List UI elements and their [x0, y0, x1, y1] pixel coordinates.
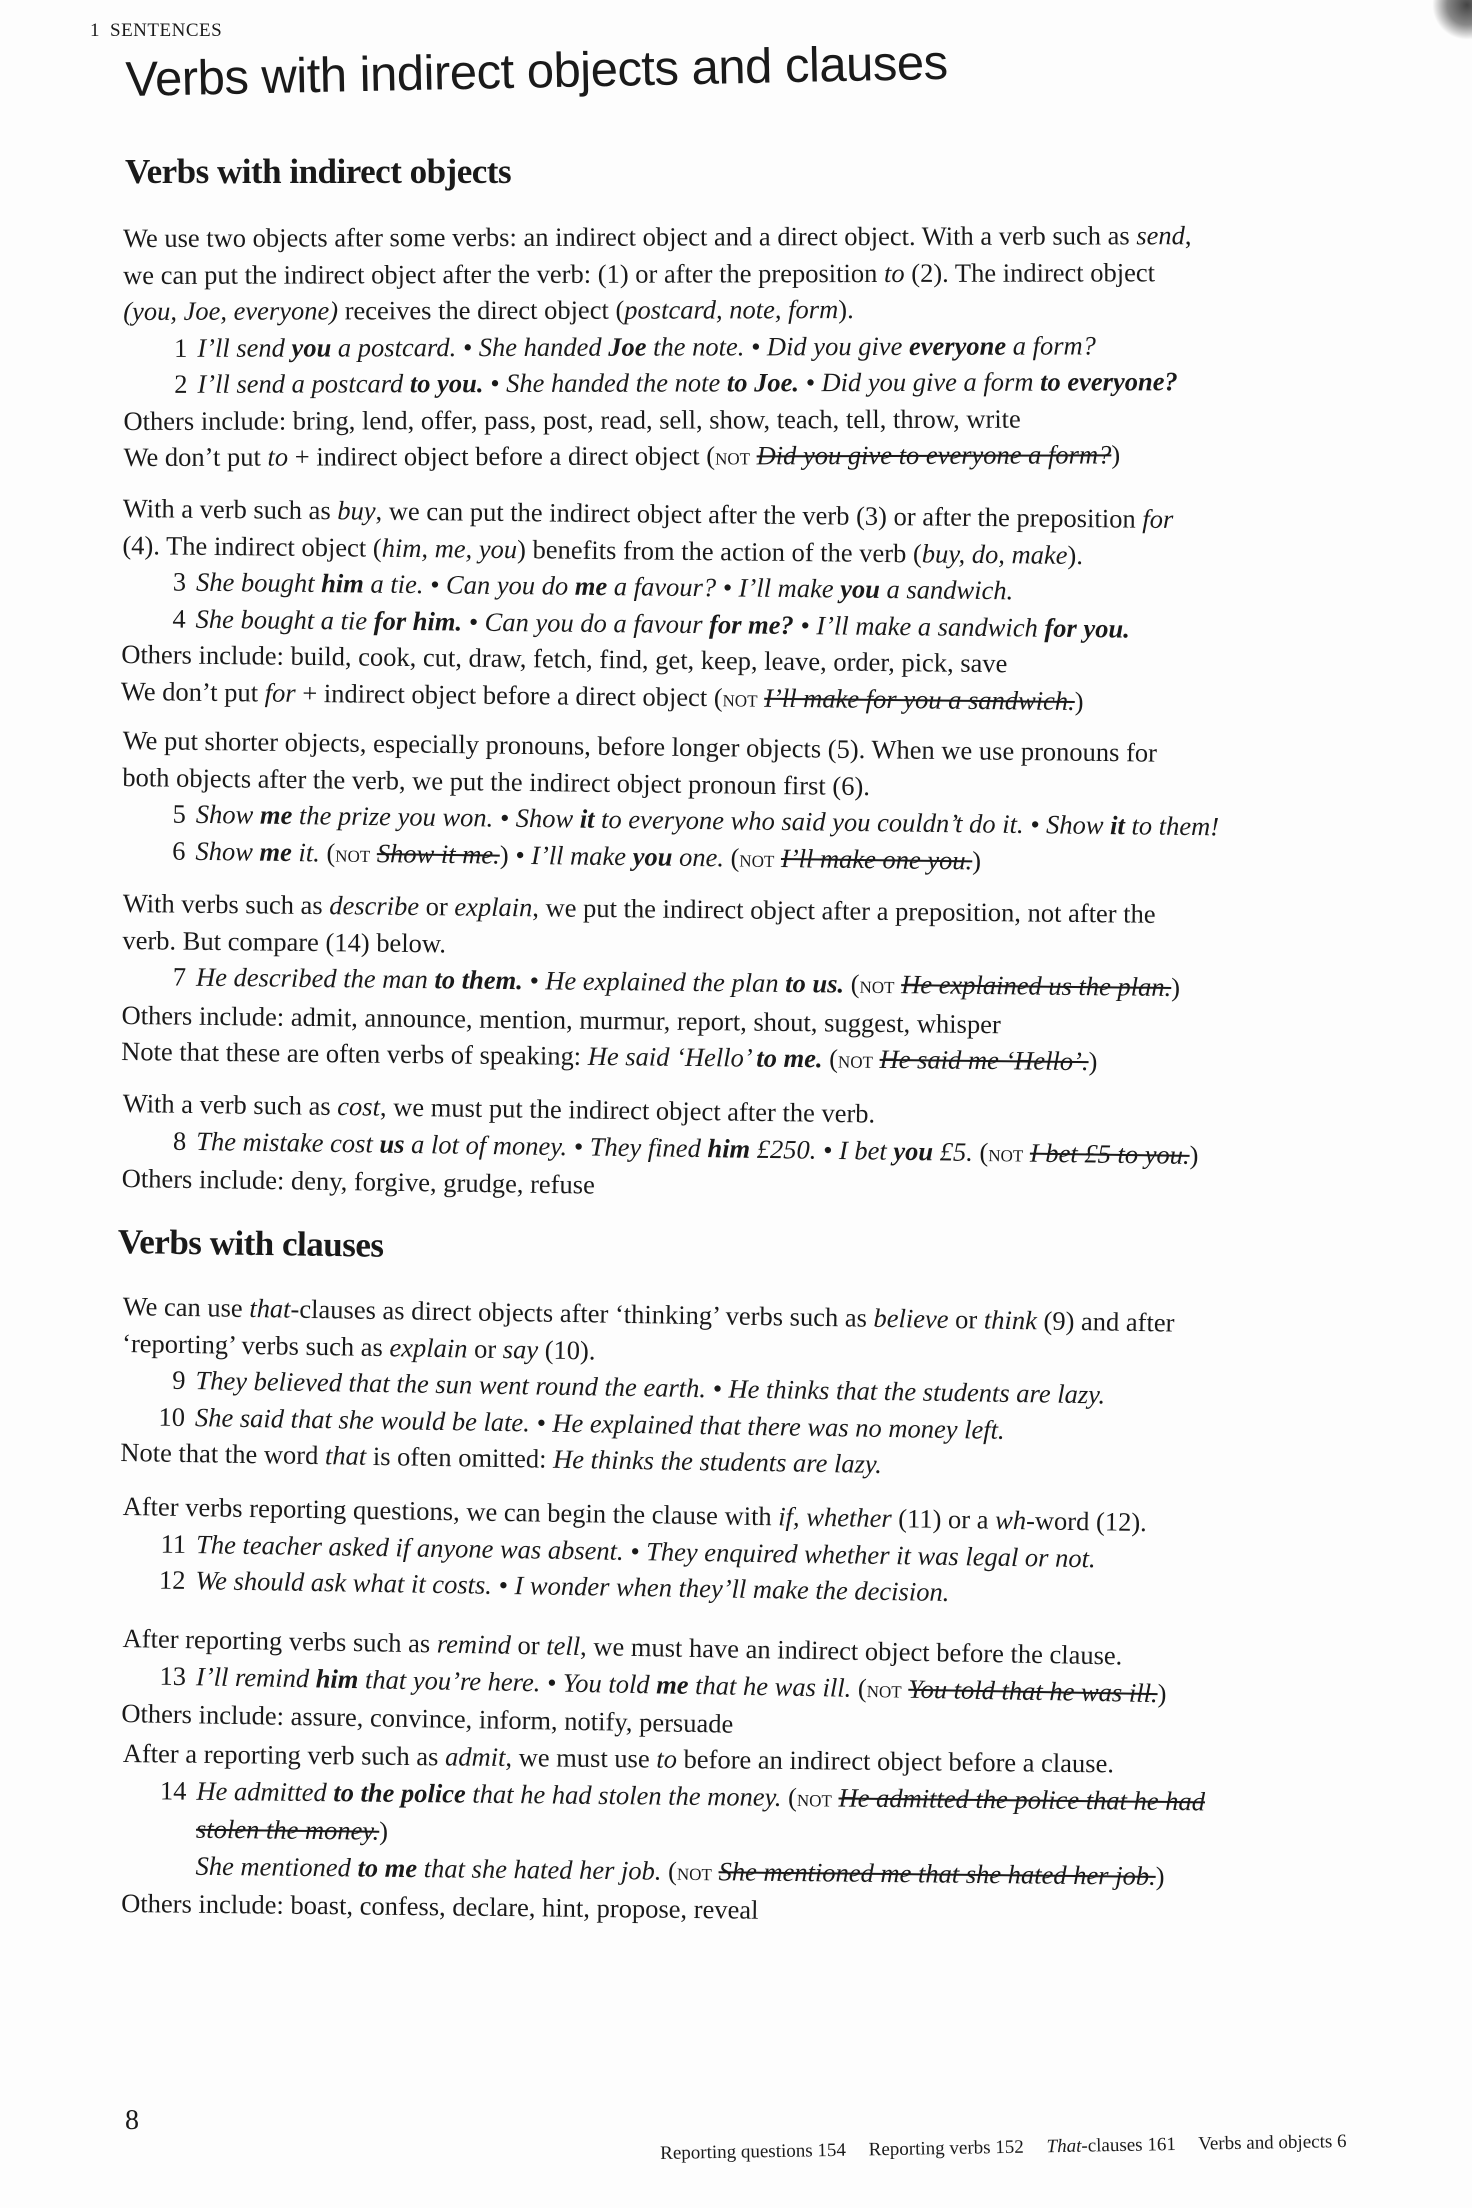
- text-run: everyone: [909, 330, 1006, 360]
- text-run: ): [1111, 439, 1120, 469]
- not-label: not: [866, 1676, 901, 1703]
- text-line: We use two objects after some verbs: an …: [123, 217, 1373, 257]
- footer-ref-label: -clauses 161: [1081, 2134, 1176, 2157]
- incorrect-example: Did you give to everyone a form?: [757, 439, 1112, 470]
- text-run: (2). The indirect object: [905, 257, 1156, 288]
- text-run: you: [633, 841, 673, 871]
- footer-ref-italic: That: [1046, 2136, 1081, 2158]
- text-run: ): [1088, 1046, 1097, 1076]
- text-run: a tie. • Can you do: [364, 569, 575, 601]
- text-run: to them!: [1125, 810, 1220, 841]
- cross-reference-footer: Reporting questions 154 Reporting verbs …: [660, 2131, 1365, 2165]
- text-run: With a verb such as: [123, 1088, 338, 1121]
- text-run: • I’ll make: [508, 839, 632, 871]
- text-run: it: [580, 804, 595, 834]
- text-run: Others include: deny, forgive, grudge, r…: [121, 1163, 595, 1200]
- text-run: ).: [838, 294, 854, 324]
- text-run: cost: [337, 1091, 380, 1122]
- text-run: He admitted: [196, 1775, 333, 1806]
- text-run: , we put the indirect object after a pre…: [532, 892, 1156, 929]
- text-run: that she hated her job.: [417, 1853, 668, 1886]
- page-title: Verbs with indirect objects and clauses: [125, 35, 948, 108]
- example-number: 1: [159, 329, 187, 366]
- text-run: a lot of money. • They fined: [404, 1128, 707, 1162]
- text-run: (4). The indirect object (: [122, 529, 382, 562]
- example-number: 3: [158, 563, 186, 600]
- text-run: ): [1157, 1678, 1166, 1708]
- text-line: We don’t put to + indirect object before…: [124, 436, 1374, 478]
- text-run: £250. • I bet: [750, 1133, 894, 1165]
- text-run: He thinks the students are lazy.: [553, 1444, 882, 1479]
- textbook-page: 1SENTENCES Verbs with indirect objects a…: [0, 0, 1472, 2208]
- text-run: to: [656, 1744, 677, 1774]
- text-run: for me?: [709, 609, 794, 640]
- text-run: one.: [672, 841, 731, 872]
- text-line: we can put the indirect object after the…: [123, 253, 1373, 293]
- incorrect-example: You told that he was ill.: [908, 1673, 1158, 1707]
- text-run: ): [1189, 1139, 1198, 1169]
- text-run: (: [326, 837, 335, 867]
- text-run: + indirect object before a direct object…: [296, 677, 723, 711]
- incorrect-example: He explained us the plan.: [901, 969, 1171, 1002]
- text-run: to me.: [756, 1043, 823, 1074]
- text-run: him: [707, 1133, 750, 1164]
- not-label: not: [715, 444, 750, 470]
- text-run: Others include: bring, lend, offer, pass…: [123, 403, 1020, 435]
- text-run: • Can you do a favour: [462, 606, 709, 639]
- text-run: you: [840, 574, 880, 604]
- text-run: We can use: [122, 1291, 249, 1323]
- text-run: admit: [445, 1741, 506, 1772]
- text-run: We should ask what it costs. • I wonder …: [195, 1565, 949, 1607]
- text-run: After a reporting verb such as: [123, 1738, 446, 1771]
- text-run: , we must put the indirect object after …: [380, 1092, 876, 1129]
- page-number: 8: [125, 2105, 139, 2137]
- text-run: ‘reporting’ verbs such as: [122, 1327, 390, 1361]
- text-run: describe: [329, 890, 419, 921]
- not-label: not: [797, 1786, 832, 1812]
- text-run: say: [503, 1333, 539, 1364]
- text-run: that: [249, 1293, 291, 1324]
- example-line: 1I’ll send you a postcard. • She handed …: [123, 326, 1373, 366]
- text-run: He described the man: [196, 962, 435, 994]
- text-run: ): [379, 1816, 388, 1846]
- footer-ref-that-clauses[interactable]: That-clauses 161: [1046, 2134, 1176, 2157]
- page-corner-shadow: [1432, 0, 1472, 40]
- not-label: not: [988, 1141, 1023, 1167]
- text-run: or: [511, 1630, 547, 1661]
- example-line: 2I’ll send a postcard to you. • She hand…: [123, 363, 1373, 403]
- example-number: 9: [157, 1362, 186, 1399]
- text-run: She mentioned: [195, 1850, 357, 1882]
- text-run: a postcard. • She handed: [331, 331, 608, 362]
- text-run: to everyone who said you couldn’t do it.…: [594, 804, 1110, 840]
- text-run: ,: [1185, 220, 1192, 250]
- text-run: , we must have an indirect object before…: [580, 1631, 1123, 1670]
- text-run: ): [1075, 685, 1084, 715]
- text-run: + indirect object before a direct object…: [288, 440, 715, 471]
- text-run: that you’re here. • You told: [358, 1664, 656, 1699]
- example-number: 2: [159, 366, 187, 403]
- text-run: or: [948, 1304, 984, 1335]
- text-run: (: [822, 1043, 838, 1073]
- text-run: before an indirect object before a claus…: [677, 1744, 1114, 1779]
- text-line: Others include: bring, lend, offer, pass…: [123, 399, 1373, 439]
- paragraph-block: After verbs reporting questions, we can …: [121, 1488, 1373, 1617]
- incorrect-example: stolen the money.: [196, 1814, 380, 1846]
- text-run: think: [984, 1305, 1037, 1336]
- text-run: or: [419, 891, 455, 921]
- not-label: not: [722, 686, 757, 712]
- example-number: 10: [157, 1398, 186, 1435]
- incorrect-example: I’ll make for you a sandwich.: [764, 682, 1075, 715]
- not-label: not: [859, 973, 894, 999]
- text-run: We use two objects after some verbs: an …: [123, 220, 1136, 253]
- section-heading-clauses: Verbs with clauses: [117, 1222, 383, 1266]
- text-run: a form?: [1006, 330, 1096, 360]
- text-run: ): [1156, 1860, 1165, 1890]
- text-run: I’ll send: [197, 332, 291, 362]
- paragraph-block: With a verb such as cost, we must put th…: [121, 1085, 1372, 1214]
- text-run: for: [265, 677, 296, 707]
- text-run: Others include: boast, confess, declare,…: [121, 1888, 759, 1925]
- paragraph-block: We use two objects after some verbs: an …: [123, 217, 1374, 478]
- text-run: me: [260, 800, 293, 830]
- text-run: send: [1136, 220, 1185, 250]
- example-number: 14: [158, 1772, 186, 1809]
- text-run: Note that these are often verbs of speak…: [121, 1036, 588, 1071]
- text-run: -clauses as direct objects after ‘thinki…: [290, 1294, 873, 1333]
- text-run: verb. But compare (14) below.: [122, 924, 446, 957]
- incorrect-example: Show it me.: [377, 838, 500, 869]
- text-run: it: [1110, 810, 1125, 840]
- example-number: 5: [158, 795, 186, 832]
- text-run: (11) or a: [891, 1503, 995, 1535]
- text-run: to me: [357, 1852, 417, 1883]
- incorrect-example: I’ll make one you.: [781, 843, 973, 875]
- text-run: we can put the indirect object after the…: [123, 258, 884, 290]
- example-number: 13: [158, 1657, 187, 1694]
- chapter-label: SENTENCES: [110, 20, 222, 41]
- text-run: (you, Joe, everyone): [123, 295, 338, 326]
- text-run: is often omitted:: [366, 1441, 553, 1474]
- text-run: both objects after the verb, we put the …: [122, 761, 870, 800]
- text-run: to them.: [434, 964, 523, 995]
- text-run: ) benefits from the action of the verb (: [517, 534, 922, 568]
- text-run: to: [884, 257, 905, 287]
- text-run: the prize you won. • Show: [292, 800, 580, 834]
- text-run: explain: [454, 891, 532, 922]
- paragraph-block: With a verb such as buy, we can put the …: [121, 490, 1373, 724]
- text-run: (: [844, 969, 860, 999]
- text-run: Others include: assure, convince, inform…: [121, 1698, 733, 1739]
- text-run: -word (12).: [1026, 1505, 1147, 1537]
- text-run: Note that the word: [120, 1437, 325, 1470]
- text-run: After reporting verbs such as: [122, 1623, 437, 1658]
- example-number: 4: [157, 600, 185, 637]
- text-run: that: [325, 1440, 367, 1471]
- text-run: buy, do, make: [922, 538, 1068, 570]
- text-run: me: [575, 571, 608, 601]
- text-run: We don’t put: [121, 675, 265, 707]
- text-run: (10).: [538, 1334, 596, 1365]
- text-run: me: [259, 836, 292, 866]
- text-run: I’ll remind: [196, 1661, 316, 1693]
- example-number: 6: [157, 832, 185, 869]
- footer-ref-reporting-questions[interactable]: Reporting questions 154: [660, 2140, 846, 2164]
- not-label: not: [838, 1047, 873, 1073]
- example-number: 8: [158, 1122, 187, 1159]
- text-run: Others include: admit, announce, mention…: [121, 999, 1000, 1038]
- text-run: or: [467, 1333, 503, 1364]
- text-run: She bought: [196, 567, 321, 598]
- text-run: remind: [437, 1628, 512, 1659]
- text-run: me: [656, 1669, 689, 1700]
- text-run: With verbs such as: [123, 888, 330, 920]
- text-run: for: [1142, 504, 1173, 534]
- text-run: I’ll send a postcard: [197, 368, 410, 399]
- running-head: 1SENTENCES: [90, 20, 222, 42]
- text-run: receives the direct object (: [338, 295, 624, 326]
- text-run: buy: [337, 495, 376, 525]
- text-run: After verbs reporting questions, we can …: [122, 1491, 778, 1531]
- text-run: £5.: [933, 1136, 980, 1167]
- text-run: explain: [389, 1332, 467, 1363]
- text-run: Others include: build, cook, cut, draw, …: [121, 639, 1007, 678]
- text-run: the note. • Did you give: [646, 330, 909, 361]
- incorrect-example: She mentioned me that she hated her job.: [718, 1856, 1155, 1891]
- text-run: to Joe.: [727, 367, 799, 397]
- text-run: a sandwich.: [880, 574, 1014, 605]
- text-run: He said ‘Hello’: [588, 1041, 757, 1073]
- text-run: (: [730, 842, 739, 872]
- text-run: We don’t put: [124, 442, 268, 472]
- text-run: to us.: [785, 968, 844, 999]
- section-heading-indirect-objects: Verbs with indirect objects: [125, 152, 511, 192]
- text-run: , we must use: [505, 1742, 656, 1774]
- text-run: you: [291, 332, 331, 362]
- text-run: (9) and after: [1037, 1305, 1175, 1337]
- text-run: you: [893, 1135, 933, 1166]
- footer-ref-reporting-verbs[interactable]: Reporting verbs 152: [868, 2137, 1023, 2161]
- text-run: to everyone?: [1040, 366, 1178, 396]
- paragraph-block: We put shorter objects, especially prono…: [121, 722, 1373, 885]
- text-run: Show: [196, 799, 260, 830]
- paragraph-block: After a reporting verb such as admit, we…: [121, 1735, 1373, 1935]
- text-run: Joe: [608, 331, 646, 361]
- text-run: a favour? • I’ll make: [607, 571, 840, 603]
- text-run: • She handed the note: [483, 367, 726, 398]
- incorrect-example: He admitted the police that he had: [838, 1782, 1205, 1816]
- text-run: With a verb such as: [123, 493, 338, 525]
- text-run: that he was ill.: [688, 1669, 858, 1702]
- text-run: The mistake cost: [196, 1126, 380, 1159]
- text-run: him: [321, 568, 364, 598]
- text-run: him, me, you: [382, 532, 518, 563]
- text-run: believe: [873, 1303, 948, 1334]
- text-run: that he had stolen the money.: [466, 1778, 789, 1811]
- text-run: Show: [195, 835, 259, 866]
- text-run: us: [379, 1128, 404, 1158]
- text-run: She bought a tie: [196, 603, 374, 635]
- text-run: , we can put the indirect object after t…: [375, 496, 1142, 534]
- paragraph-block: After reporting verbs such as remind or …: [121, 1620, 1373, 1753]
- text-run: to you.: [410, 368, 484, 398]
- example-number: 7: [158, 958, 186, 995]
- text-run: • He explained the plan: [523, 965, 786, 998]
- text-run: if, whether: [778, 1501, 892, 1533]
- incorrect-example: I bet £5 to you.: [1030, 1137, 1190, 1169]
- not-label: not: [677, 1859, 712, 1885]
- text-run: postcard, note, form: [624, 294, 838, 325]
- text-run: tell: [546, 1630, 580, 1661]
- text-run: ): [1171, 972, 1180, 1002]
- text-run: for you.: [1044, 612, 1130, 643]
- not-label: not: [335, 841, 370, 867]
- not-label: not: [739, 846, 774, 872]
- text-run: to: [267, 442, 288, 472]
- text-line: (you, Joe, everyone) receives the direct…: [123, 290, 1373, 330]
- text-run: it.: [292, 837, 327, 867]
- paragraph-block: With verbs such as describe or explain, …: [121, 885, 1373, 1085]
- text-run: to the police: [333, 1777, 466, 1808]
- text-run: him: [315, 1663, 358, 1694]
- text-run: • Did you give a form: [799, 367, 1040, 398]
- text-run: ).: [1067, 539, 1083, 569]
- incorrect-example: He said me ‘Hello’.: [879, 1044, 1088, 1076]
- paragraph-block: We can use that-clauses as direct object…: [120, 1288, 1373, 1490]
- text-run: • I’ll make a sandwich: [794, 610, 1045, 643]
- text-run: ): [972, 845, 981, 875]
- example-number: 11: [158, 1525, 187, 1562]
- text-run: for him.: [374, 605, 463, 636]
- text-run: wh: [995, 1505, 1026, 1535]
- text-run: (: [788, 1781, 797, 1811]
- footer-ref-verbs-and-objects[interactable]: Verbs and objects 6: [1198, 2131, 1347, 2155]
- example-number: 12: [157, 1562, 186, 1599]
- chapter-number: 1: [90, 20, 100, 41]
